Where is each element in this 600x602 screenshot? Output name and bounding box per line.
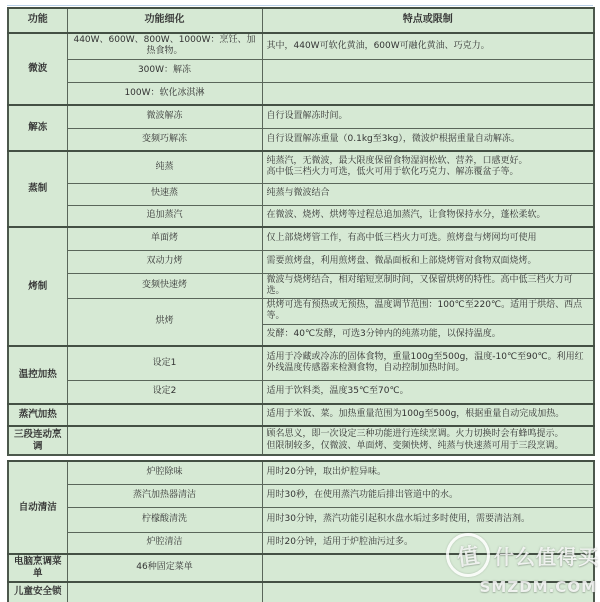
cell-detail-empty — [67, 582, 262, 602]
group-label-defrost: 解冻 — [8, 105, 67, 151]
table-row: 温控加热 设定1 适用于冷藏或冷冻的固体食物，重量100g至500g，温度-10… — [8, 346, 594, 380]
cell-feature: 烘烤可选有预热或无预热，温度调节范围：100℃至220℃。适用于烘焙、西点等。 — [262, 299, 594, 325]
table-row: 蒸汽加热器清洁 用时30秒，在使用蒸汽功能后排出管道中的水。 — [8, 484, 594, 507]
cell-detail: 设定1 — [67, 346, 262, 380]
header-function-detail: 功能细化 — [67, 8, 262, 33]
cell-detail: 设定2 — [67, 380, 262, 404]
cell-feature: 适用于冷藏或冷冻的固体食物，重量100g至500g，温度-10℃至90℃。利用红… — [262, 346, 594, 380]
cell-detail: 变频巧解冻 — [67, 128, 262, 151]
feature-table-upper: 功能 功能细化 特点或限制 微波 440W、600W、800W、1000W：烹饪… — [7, 7, 595, 456]
cell-detail: 追加蒸汽 — [67, 205, 262, 227]
cell-feature: 适用于米饭、菜。加热重量范围为100g至500g，根据重量自动完成加热。 — [262, 404, 594, 426]
cell-detail: 蒸汽加热器清洁 — [67, 484, 262, 507]
table-row: 设定2 适用于饮料类，温度35℃至70℃。 — [8, 380, 594, 404]
group-label-auto-clean: 自动清洁 — [8, 461, 67, 554]
cell-detail: 快速蒸 — [67, 183, 262, 205]
table-row: 变频快速烤 微波与烧烤结合，相对缩短烹制时间，又保留烘烤的特性。高中低三档火力可… — [8, 273, 594, 299]
cell-detail: 100W：软化冰淇淋 — [67, 82, 262, 105]
cell-detail: 柠檬酸清洗 — [67, 507, 262, 532]
spec-table: 功能 功能细化 特点或限制 微波 440W、600W、800W、1000W：烹饪… — [7, 7, 595, 456]
cell-feature: 自行设置解冻时间。 — [262, 105, 594, 128]
cell-feature: 纯蒸汽，无微波，最大限度保留食物湿润松软、营养，口感更好。 高中低三档火力可选，… — [262, 151, 594, 183]
group-label-steam: 蒸制 — [8, 151, 67, 227]
cell-detail-empty — [67, 404, 262, 426]
header-function: 功能 — [8, 8, 67, 33]
table-row: 双动力烤 需要煎烤盘，利用煎烤盘、微晶面板和上部烧烤管对食物双面烧烤。 — [8, 250, 594, 273]
watermark-title: 什么值得买 — [494, 541, 599, 570]
cell-feature: 自行设置解冻重量（0.1kg至3kg），微波炉根据重量自动解冻。 — [262, 128, 594, 151]
cell-detail: 变频快速烤 — [67, 273, 262, 299]
table-row: 蒸汽加热 适用于米饭、菜。加热重量范围为100g至500g，根据重量自动完成加热… — [8, 404, 594, 426]
cell-feature: 用时30分钟，蒸汽功能引起积水盘水垢过多时使用，需要清洁剂。 — [262, 507, 594, 532]
watermark-domain: SMZDM.COM — [446, 578, 597, 596]
cell-detail-bake: 烘烤 — [67, 299, 262, 347]
cell-feature: 用时20分钟，取出炉腔异味。 — [262, 461, 594, 484]
cell-detail: 300W：解冻 — [67, 59, 262, 82]
group-label-temp-control-heat: 温控加热 — [8, 346, 67, 404]
cell-detail: 炉腔除味 — [67, 461, 262, 484]
cell-detail: 46种固定菜单 — [67, 554, 262, 582]
cell-feature-empty — [262, 59, 594, 82]
sheet-top-gridline — [7, 5, 593, 6]
table-row: 100W：软化冰淇淋 — [8, 82, 594, 105]
table-header-row: 功能 功能细化 特点或限制 — [8, 8, 594, 33]
cell-feature: 在微波、烧烤、烘烤等过程总追加蒸汽，让食物保持水分，蓬松柔软。 — [262, 205, 594, 227]
table-row: 烘烤 烘烤可选有预热或无预热，温度调节范围：100℃至220℃。适用于烘焙、西点… — [8, 299, 594, 325]
cell-feature: 用时30秒，在使用蒸汽功能后排出管道中的水。 — [262, 484, 594, 507]
table-row: 自动清洁 炉腔除味 用时20分钟，取出炉腔异味。 — [8, 461, 594, 484]
cell-feature: 纯蒸与微波结合 — [262, 183, 594, 205]
table-row: 烤制 单面烤 仅上部烧烤管工作，有高中低三档火力可选。煎烤盘与烤网均可使用 — [8, 227, 594, 250]
smzdm-watermark: 值 什么值得买 SMZDM.COM — [446, 533, 599, 596]
table-row: 柠檬酸清洗 用时30分钟，蒸汽功能引起积水盘水垢过多时使用，需要清洁剂。 — [8, 507, 594, 532]
table-row: 300W：解冻 — [8, 59, 594, 82]
group-label-three-stage-cooking: 三段连动烹调 — [8, 426, 67, 455]
cell-detail: 440W、600W、800W、1000W：烹饪、加热食物。 — [67, 33, 262, 59]
smzdm-logo-icon: 值 — [443, 530, 493, 580]
cell-feature: 顾名思义，即一次设定三种功能进行连续烹调。火力切换时会有蜂鸣提示。 但限制较多，… — [262, 426, 594, 455]
group-label-computer-menu: 电脑烹调菜单 — [8, 554, 67, 582]
cell-feature: 需要煎烤盘，利用煎烤盘、微晶面板和上部烧烤管对食物双面烧烤。 — [262, 250, 594, 273]
cell-feature: 其中，440W可软化黄油，600W可融化黄油、巧克力。 — [262, 33, 594, 59]
table-row: 三段连动烹调 顾名思义，即一次设定三种功能进行连续烹调。火力切换时会有蜂鸣提示。… — [8, 426, 594, 455]
cell-feature-empty — [262, 82, 594, 105]
table-row: 追加蒸汽 在微波、烧烤、烘烤等过程总追加蒸汽，让食物保持水分，蓬松柔软。 — [8, 205, 594, 227]
cell-detail: 单面烤 — [67, 227, 262, 250]
cell-detail: 双动力烤 — [67, 250, 262, 273]
table-row: 解冻 微波解冻 自行设置解冻时间。 — [8, 105, 594, 128]
table-row: 蒸制 纯蒸 纯蒸汽，无微波，最大限度保留食物湿润松软、营养，口感更好。 高中低三… — [8, 151, 594, 183]
table-row: 变频巧解冻 自行设置解冻重量（0.1kg至3kg），微波炉根据重量自动解冻。 — [8, 128, 594, 151]
group-label-microwave: 微波 — [8, 33, 67, 105]
cell-feature: 微波与烧烤结合，相对缩短烹制时间，又保留烘烤的特性。高中低三档火力可选。 — [262, 273, 594, 299]
cell-detail: 微波解冻 — [67, 105, 262, 128]
cell-detail: 炉腔清洁 — [67, 532, 262, 554]
header-feature-or-limit: 特点或限制 — [262, 8, 594, 33]
cell-detail: 纯蒸 — [67, 151, 262, 183]
cell-feature: 仅上部烧烤管工作，有高中低三档火力可选。煎烤盘与烤网均可使用 — [262, 227, 594, 250]
group-label-grill: 烤制 — [8, 227, 67, 346]
table-row: 微波 440W、600W、800W、1000W：烹饪、加热食物。 其中，440W… — [8, 33, 594, 59]
cell-detail-empty — [67, 426, 262, 455]
cell-feature: 发酵：40℃发酵，可选3分钟内的纯蒸功能，以保持温度。 — [262, 324, 594, 346]
group-label-child-lock: 儿童安全锁 — [8, 582, 67, 602]
cell-feature: 适用于饮料类，温度35℃至70℃。 — [262, 380, 594, 404]
table-row: 快速蒸 纯蒸与微波结合 — [8, 183, 594, 205]
group-label-steam-heat: 蒸汽加热 — [8, 404, 67, 426]
